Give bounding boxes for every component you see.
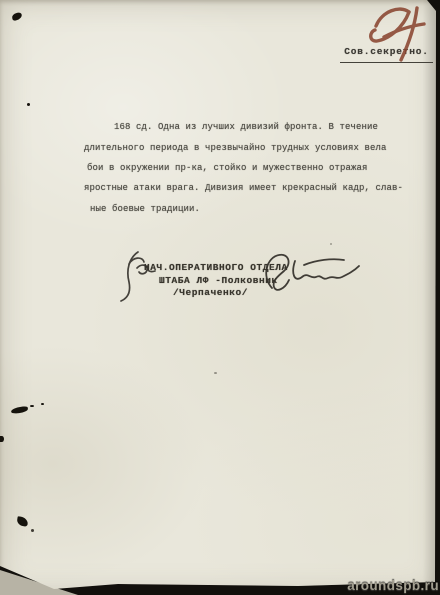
ink-blot (41, 403, 44, 405)
paragraph-line: длительного периода в чрезвычайно трудны… (84, 143, 387, 153)
handwritten-signature-ink (260, 246, 364, 302)
ink-speck (214, 372, 217, 374)
ink-blot (16, 516, 28, 527)
document-paper: Сов.секретно. 168 сд. Одна из лучших див… (0, 0, 440, 595)
ink-blot (27, 103, 30, 106)
ink-blot (11, 406, 29, 414)
scanned-document-page: Сов.секретно. 168 сд. Одна из лучших див… (0, 0, 440, 595)
watermark: aroundspb.ru (347, 578, 439, 593)
paragraph-line: яростные атаки врага. Дивизия имеет крек… (84, 183, 403, 193)
paragraph-line: 168 сд. Одна из лучших дивизий фронта. В… (114, 122, 378, 132)
ink-blot (0, 436, 4, 442)
ink-blot (11, 12, 22, 21)
paragraph-line: ные боевые традиции. (90, 204, 200, 214)
handwritten-zam-prefix-ink (116, 250, 162, 302)
ink-speck (330, 243, 332, 245)
paragraph-line: бои в окружении пр-ка, стойко и мужестве… (87, 163, 368, 173)
signature-name-line: /Черпаченко/ (173, 287, 248, 298)
ink-blot (31, 529, 34, 532)
handwritten-page-number (356, 2, 430, 64)
ink-blot (30, 405, 34, 407)
